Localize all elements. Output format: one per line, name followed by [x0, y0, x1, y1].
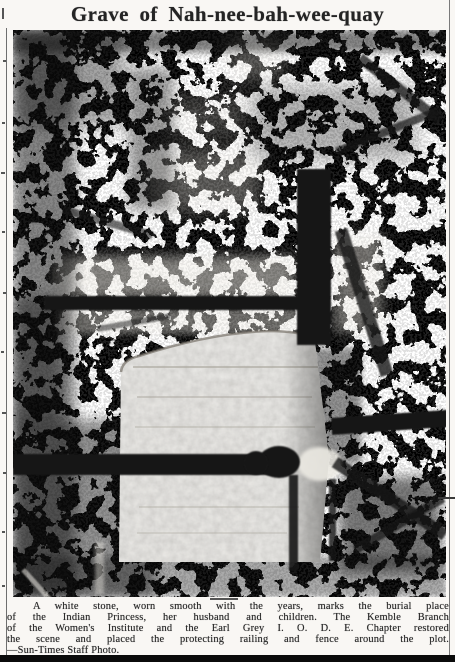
caption-line: A white stone, worn smooth with the year…: [7, 601, 449, 612]
column-rule-left: [6, 28, 7, 655]
edge-speck: [210, 598, 238, 600]
column-rule-right: [449, 0, 450, 655]
scan-edge-bottom: [0, 655, 455, 662]
edge-speck: [2, 585, 5, 587]
edge-speck: [2, 122, 5, 124]
edge-speck: [1, 172, 5, 174]
edge-speck: [2, 231, 5, 233]
column-rule-tick: [438, 497, 455, 499]
photo-caption: A white stone, worn smooth with the year…: [7, 601, 449, 656]
caption-line: the scene and placed the protecting rail…: [7, 634, 449, 645]
caption-line: of the Women's Institute and the Earl Gr…: [7, 623, 449, 634]
edge-speck: [1, 351, 4, 353]
edge-speck: [3, 60, 6, 62]
headline: Grave of Nah-nee-bah-wee-quay: [0, 2, 455, 27]
edge-speck: [2, 531, 5, 533]
edge-speck: [3, 472, 6, 474]
grave-photo-illustration: [13, 30, 446, 597]
caption-line: of the Indian Princess, her husband and …: [7, 612, 449, 623]
edge-speck: [2, 8, 4, 19]
edge-speck: [3, 292, 6, 294]
edge-speck: [2, 412, 6, 414]
news-photo: [13, 30, 446, 597]
newspaper-clipping: Grave of Nah-nee-bah-wee-quay: [0, 0, 455, 662]
